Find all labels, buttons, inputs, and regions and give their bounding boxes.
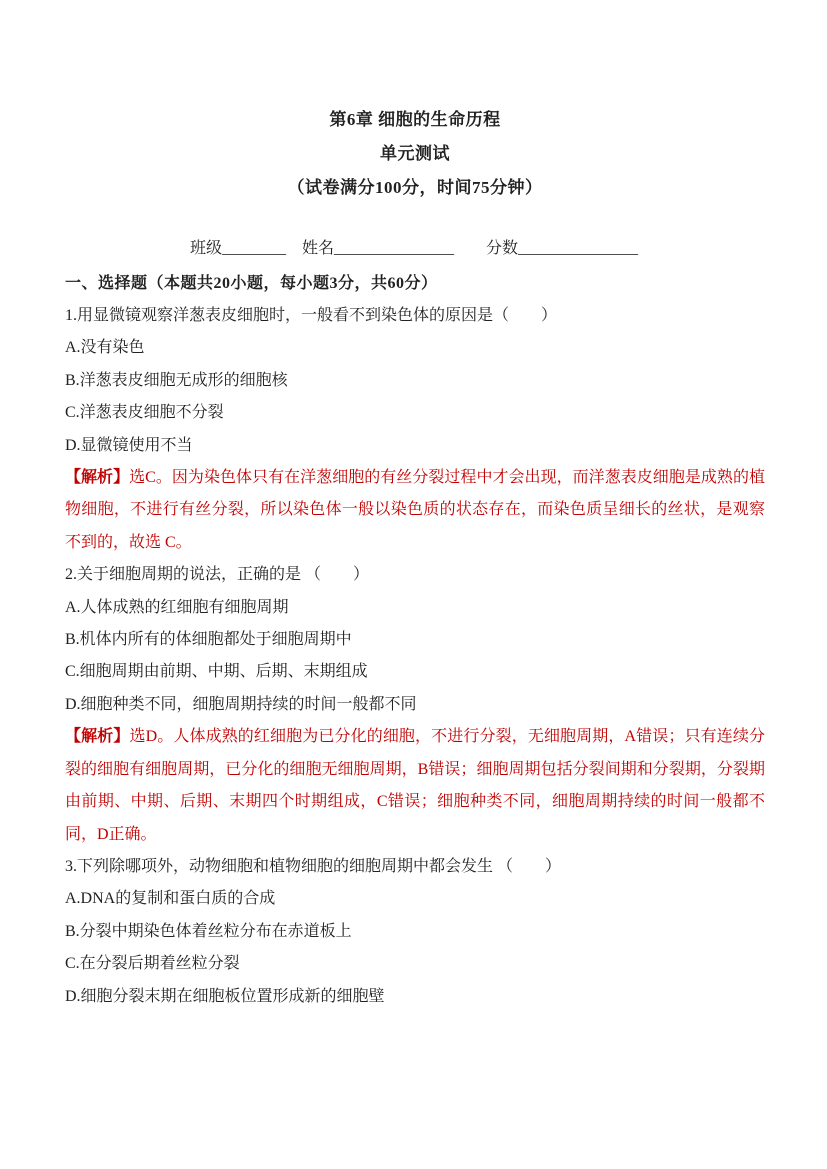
section-heading: 一、选择题（本题共20小题，每小题3分，共60分）	[65, 268, 765, 300]
score-blank: _______________	[518, 240, 638, 257]
chapter-title: 第6章 细胞的生命历程	[65, 103, 765, 137]
class-label: 班级	[190, 240, 222, 257]
question-2-explanation: 【解析】选D。人体成熟的红细胞为已分化的细胞，不进行分裂，无细胞周期，A错误；只…	[65, 721, 765, 851]
question-2-option-a: A.人体成熟的红细胞有细胞周期	[65, 592, 765, 624]
explanation-prefix: 【解析】	[65, 728, 129, 745]
question-3-option-b: B.分裂中期染色体着丝粒分布在赤道板上	[65, 916, 765, 948]
exam-info: （试卷满分100分，时间75分钟）	[65, 171, 765, 205]
question-1-explanation: 【解析】选C。因为染色体只有在洋葱细胞的有丝分裂过程中才会出现，而洋葱表皮细胞是…	[65, 462, 765, 559]
score-field: 分数_______________	[486, 238, 638, 260]
question-1-option-a: A.没有染色	[65, 332, 765, 364]
question-2-stem: 2.关于细胞周期的说法，正确的是 （ ）	[65, 559, 765, 591]
test-type-subtitle: 单元测试	[65, 137, 765, 171]
question-3: 3.下列除哪项外，动物细胞和植物细胞的细胞周期中都会发生 （ ） A.DNA的复…	[65, 851, 765, 1013]
class-field: 班级________	[190, 238, 286, 260]
student-info-line: 班级________ 姓名_______________ 分数_________…	[190, 238, 765, 260]
name-field: 姓名_______________	[302, 238, 454, 260]
explanation-text: 选D。人体成熟的红细胞为已分化的细胞，不进行分裂，无细胞周期，A错误；只有连续分…	[65, 728, 765, 842]
question-1-option-b: B.洋葱表皮细胞无成形的细胞核	[65, 365, 765, 397]
score-label: 分数	[486, 240, 518, 257]
question-1-stem: 1.用显微镜观察洋葱表皮细胞时，一般看不到染色体的原因是（ ）	[65, 300, 765, 332]
question-1: 1.用显微镜观察洋葱表皮细胞时，一般看不到染色体的原因是（ ） A.没有染色 B…	[65, 300, 765, 559]
question-3-stem: 3.下列除哪项外，动物细胞和植物细胞的细胞周期中都会发生 （ ）	[65, 851, 765, 883]
question-3-option-c: C.在分裂后期着丝粒分裂	[65, 948, 765, 980]
question-1-option-c: C.洋葱表皮细胞不分裂	[65, 397, 765, 429]
question-2: 2.关于细胞周期的说法，正确的是 （ ） A.人体成熟的红细胞有细胞周期 B.机…	[65, 559, 765, 851]
question-2-option-d: D.细胞种类不同，细胞周期持续的时间一般都不同	[65, 689, 765, 721]
question-1-option-d: D.显微镜使用不当	[65, 430, 765, 462]
explanation-text: 选C。因为染色体只有在洋葱细胞的有丝分裂过程中才会出现，而洋葱表皮细胞是成熟的植…	[65, 469, 765, 551]
class-blank: ________	[222, 240, 286, 257]
name-blank: _______________	[334, 240, 454, 257]
name-label: 姓名	[302, 240, 334, 257]
question-3-option-d: D.细胞分裂末期在细胞板位置形成新的细胞壁	[65, 981, 765, 1013]
question-2-option-b: B.机体内所有的体细胞都处于细胞周期中	[65, 624, 765, 656]
questions-list: 1.用显微镜观察洋葱表皮细胞时，一般看不到染色体的原因是（ ） A.没有染色 B…	[65, 300, 765, 1013]
question-3-option-a: A.DNA的复制和蛋白质的合成	[65, 883, 765, 915]
question-2-option-c: C.细胞周期由前期、中期、后期、末期组成	[65, 656, 765, 688]
explanation-prefix: 【解析】	[65, 469, 129, 486]
test-paper-page: 第6章 细胞的生命历程 单元测试 （试卷满分100分，时间75分钟） 班级___…	[0, 0, 827, 1169]
